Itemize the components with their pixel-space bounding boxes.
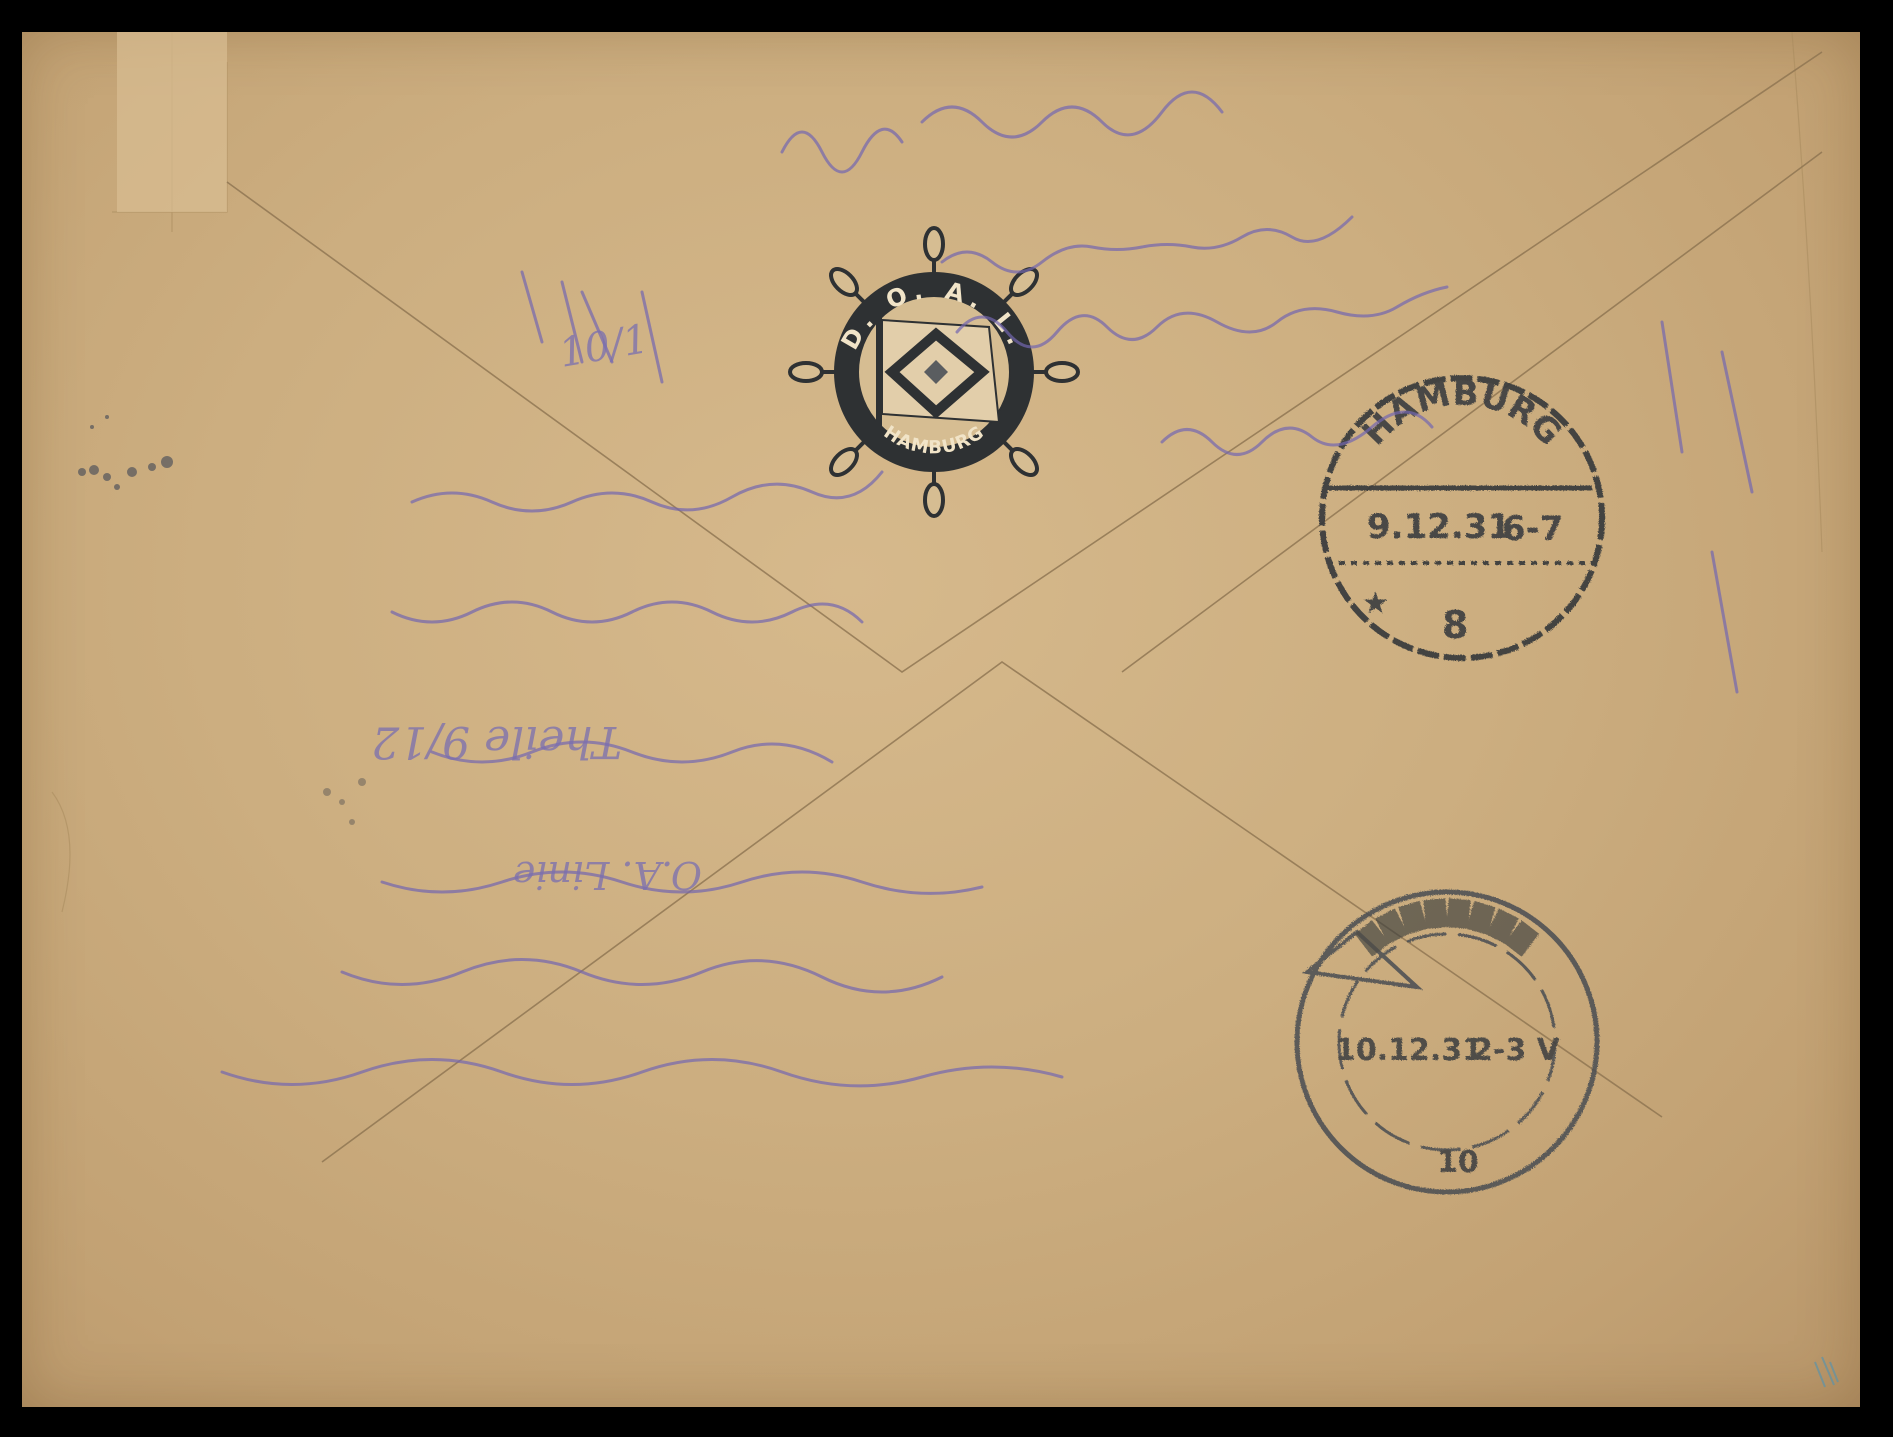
postmark-arrival-city: ▇▇▇▇▇▇▇▇ bbox=[1352, 894, 1542, 957]
ink-smudge-2 bbox=[323, 778, 366, 825]
torn-corner-fibers bbox=[1815, 1357, 1838, 1387]
ink-smudge bbox=[78, 415, 173, 490]
postmark-hamburg-city: HAMBURG bbox=[1355, 374, 1570, 454]
postmark-star: ★ bbox=[1362, 586, 1389, 621]
flap-fold-lines bbox=[227, 52, 1822, 1162]
handwriting-note-line: O.A. Linie bbox=[513, 853, 702, 897]
paper-creases bbox=[52, 32, 1822, 912]
postmark-hamburg-date: 9.12.31 bbox=[1367, 507, 1511, 547]
postmark-arrival: ▇▇▇▇▇▇▇▇ 10.12.31 2-3 V 10 bbox=[1297, 892, 1597, 1192]
postmark-arrival-district: 10 bbox=[1437, 1145, 1479, 1180]
envelope: D. O. A. L. HAMBURG HAMBURG 9.12.31 6-7 … bbox=[22, 32, 1860, 1407]
postmark-hamburg-district: 8 bbox=[1442, 603, 1468, 647]
handwriting-note-theile: Theile 9/12 bbox=[371, 716, 622, 767]
postmark-hamburg-time: 6-7 bbox=[1502, 509, 1563, 549]
doal-emblem: D. O. A. L. HAMBURG bbox=[790, 228, 1078, 516]
tape-patch bbox=[117, 32, 227, 212]
postmark-hamburg: HAMBURG 9.12.31 6-7 8 ★ bbox=[1322, 374, 1602, 658]
handwriting-note-fraction: 10/1 bbox=[556, 316, 652, 377]
postmark-arrival-time: 2-3 V bbox=[1472, 1033, 1561, 1068]
postmark-arrival-date: 10.12.31 bbox=[1335, 1033, 1483, 1068]
envelope-artwork: D. O. A. L. HAMBURG HAMBURG 9.12.31 6-7 … bbox=[22, 32, 1860, 1407]
